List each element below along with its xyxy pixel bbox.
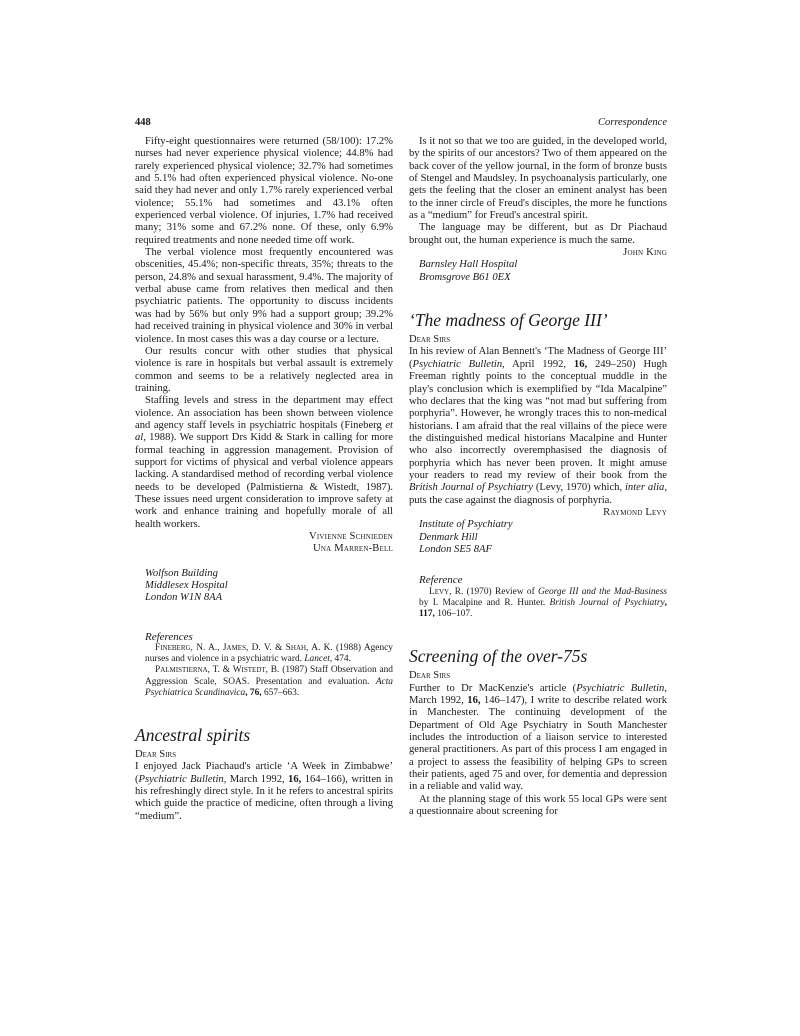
text-run: (Levy, 1970) which, bbox=[533, 482, 625, 493]
salutation: Dear Sirs bbox=[135, 749, 393, 761]
address-line: Middlesex Hospital bbox=[135, 580, 393, 592]
ref-authors: Palmistierna, T. & Wistedt, B. bbox=[155, 665, 279, 675]
address-line: Bromsgrove B61 0EX bbox=[409, 272, 667, 284]
salutation: Dear Sirs bbox=[409, 334, 667, 346]
ref-authors: Levy, R. bbox=[429, 587, 463, 597]
ref-journal: Lancet bbox=[304, 654, 330, 664]
volume: 16, bbox=[574, 359, 587, 370]
body-paragraph: Fifty-eight questionnaires were returned… bbox=[135, 136, 393, 247]
references-heading: References bbox=[135, 631, 393, 643]
body-paragraph: In his review of Alan Bennett's ‘The Mad… bbox=[409, 346, 667, 506]
ref-book: George III and the Mad-Business bbox=[538, 587, 667, 597]
ref-text: 106–107. bbox=[435, 609, 473, 619]
journal-name: British Journal of Psychiatry bbox=[409, 482, 533, 493]
text-run: , March 1992, bbox=[224, 774, 288, 785]
body-paragraph: Our results concur with other studies th… bbox=[135, 346, 393, 395]
journal-page: 448 Correspondence Fifty-eight questionn… bbox=[0, 0, 800, 1036]
body-paragraph: Is it not so that we too are guided, in … bbox=[409, 136, 667, 222]
address-line: Institute of Psychiatry bbox=[409, 519, 667, 531]
reference-entry: Fineberg, N. A., James, D. V. & Shah, A.… bbox=[135, 643, 393, 665]
right-column: Is it not so that we too are guided, in … bbox=[409, 136, 667, 818]
letter-title: ‘The madness of George III’ bbox=[409, 310, 667, 330]
ref-authors: Fineberg, N. A., James, D. V. & Shah, A.… bbox=[155, 643, 333, 653]
letter-title: Ancestral spirits bbox=[135, 725, 393, 745]
text-run: , April 1992, bbox=[502, 359, 574, 370]
text-run: , 1988). We support Drs Kidd & Stark in … bbox=[135, 432, 393, 529]
left-column: Fifty-eight questionnaires were returned… bbox=[135, 136, 393, 823]
ref-text: 657–663. bbox=[262, 688, 300, 698]
italic-run: inter alia bbox=[625, 482, 664, 493]
text-run: 249–250) Hugh Freeman rightly points to … bbox=[409, 359, 667, 481]
reference-entry: Levy, R. (1970) Review of George III and… bbox=[409, 587, 667, 621]
journal-name: Psychiatric Bulletin bbox=[576, 683, 664, 694]
journal-name: Psychiatric Bulletin bbox=[139, 774, 224, 785]
address-line: Barnsley Hall Hospital bbox=[409, 259, 667, 271]
ref-text: by I. Macalpine and R. Hunter. bbox=[419, 598, 550, 608]
running-head: 448 Correspondence bbox=[135, 116, 667, 130]
signatory: Raymond Levy bbox=[409, 507, 667, 519]
address-line: Wolfson Building bbox=[135, 568, 393, 580]
text-run: Further to Dr MacKenzie's article ( bbox=[409, 683, 576, 694]
ref-text: (1970) Review of bbox=[463, 587, 538, 597]
letter-title: Screening of the over-75s bbox=[409, 646, 667, 666]
volume: 16, bbox=[288, 774, 301, 785]
body-paragraph: Further to Dr MacKenzie's article (Psych… bbox=[409, 683, 667, 794]
address-line: Denmark Hill bbox=[409, 532, 667, 544]
ref-text: , 474. bbox=[330, 654, 351, 664]
signatory: Una Marren-Bell bbox=[135, 543, 393, 555]
body-paragraph: At the planning stage of this work 55 lo… bbox=[409, 794, 667, 819]
journal-name: Psychiatric Bulletin bbox=[413, 359, 503, 370]
volume: 16, bbox=[467, 695, 480, 706]
page-number: 448 bbox=[135, 116, 151, 130]
ref-volume: , 76, bbox=[245, 688, 261, 698]
signatory: Vivienne Schnieden bbox=[135, 531, 393, 543]
signatory: John King bbox=[409, 247, 667, 259]
body-paragraph: The language may be different, but as Dr… bbox=[409, 222, 667, 247]
address-line: London W1N 8AA bbox=[135, 592, 393, 604]
ref-journal: British Journal of Psychiatry bbox=[550, 598, 665, 608]
salutation: Dear Sirs bbox=[409, 670, 667, 682]
body-paragraph: Staffing levels and stress in the depart… bbox=[135, 395, 393, 531]
reference-entry: Palmistierna, T. & Wistedt, B. (1987) St… bbox=[135, 665, 393, 699]
body-paragraph: The verbal violence most frequently enco… bbox=[135, 247, 393, 346]
text-run: Staffing levels and stress in the depart… bbox=[135, 395, 393, 431]
body-paragraph: I enjoyed Jack Piachaud's article ‘A Wee… bbox=[135, 761, 393, 823]
reference-heading: Reference bbox=[409, 574, 667, 586]
text-run: 146–147), I write to describe related wo… bbox=[409, 695, 667, 792]
address-line: London SE5 8AF bbox=[409, 544, 667, 556]
section-title: Correspondence bbox=[598, 116, 667, 130]
